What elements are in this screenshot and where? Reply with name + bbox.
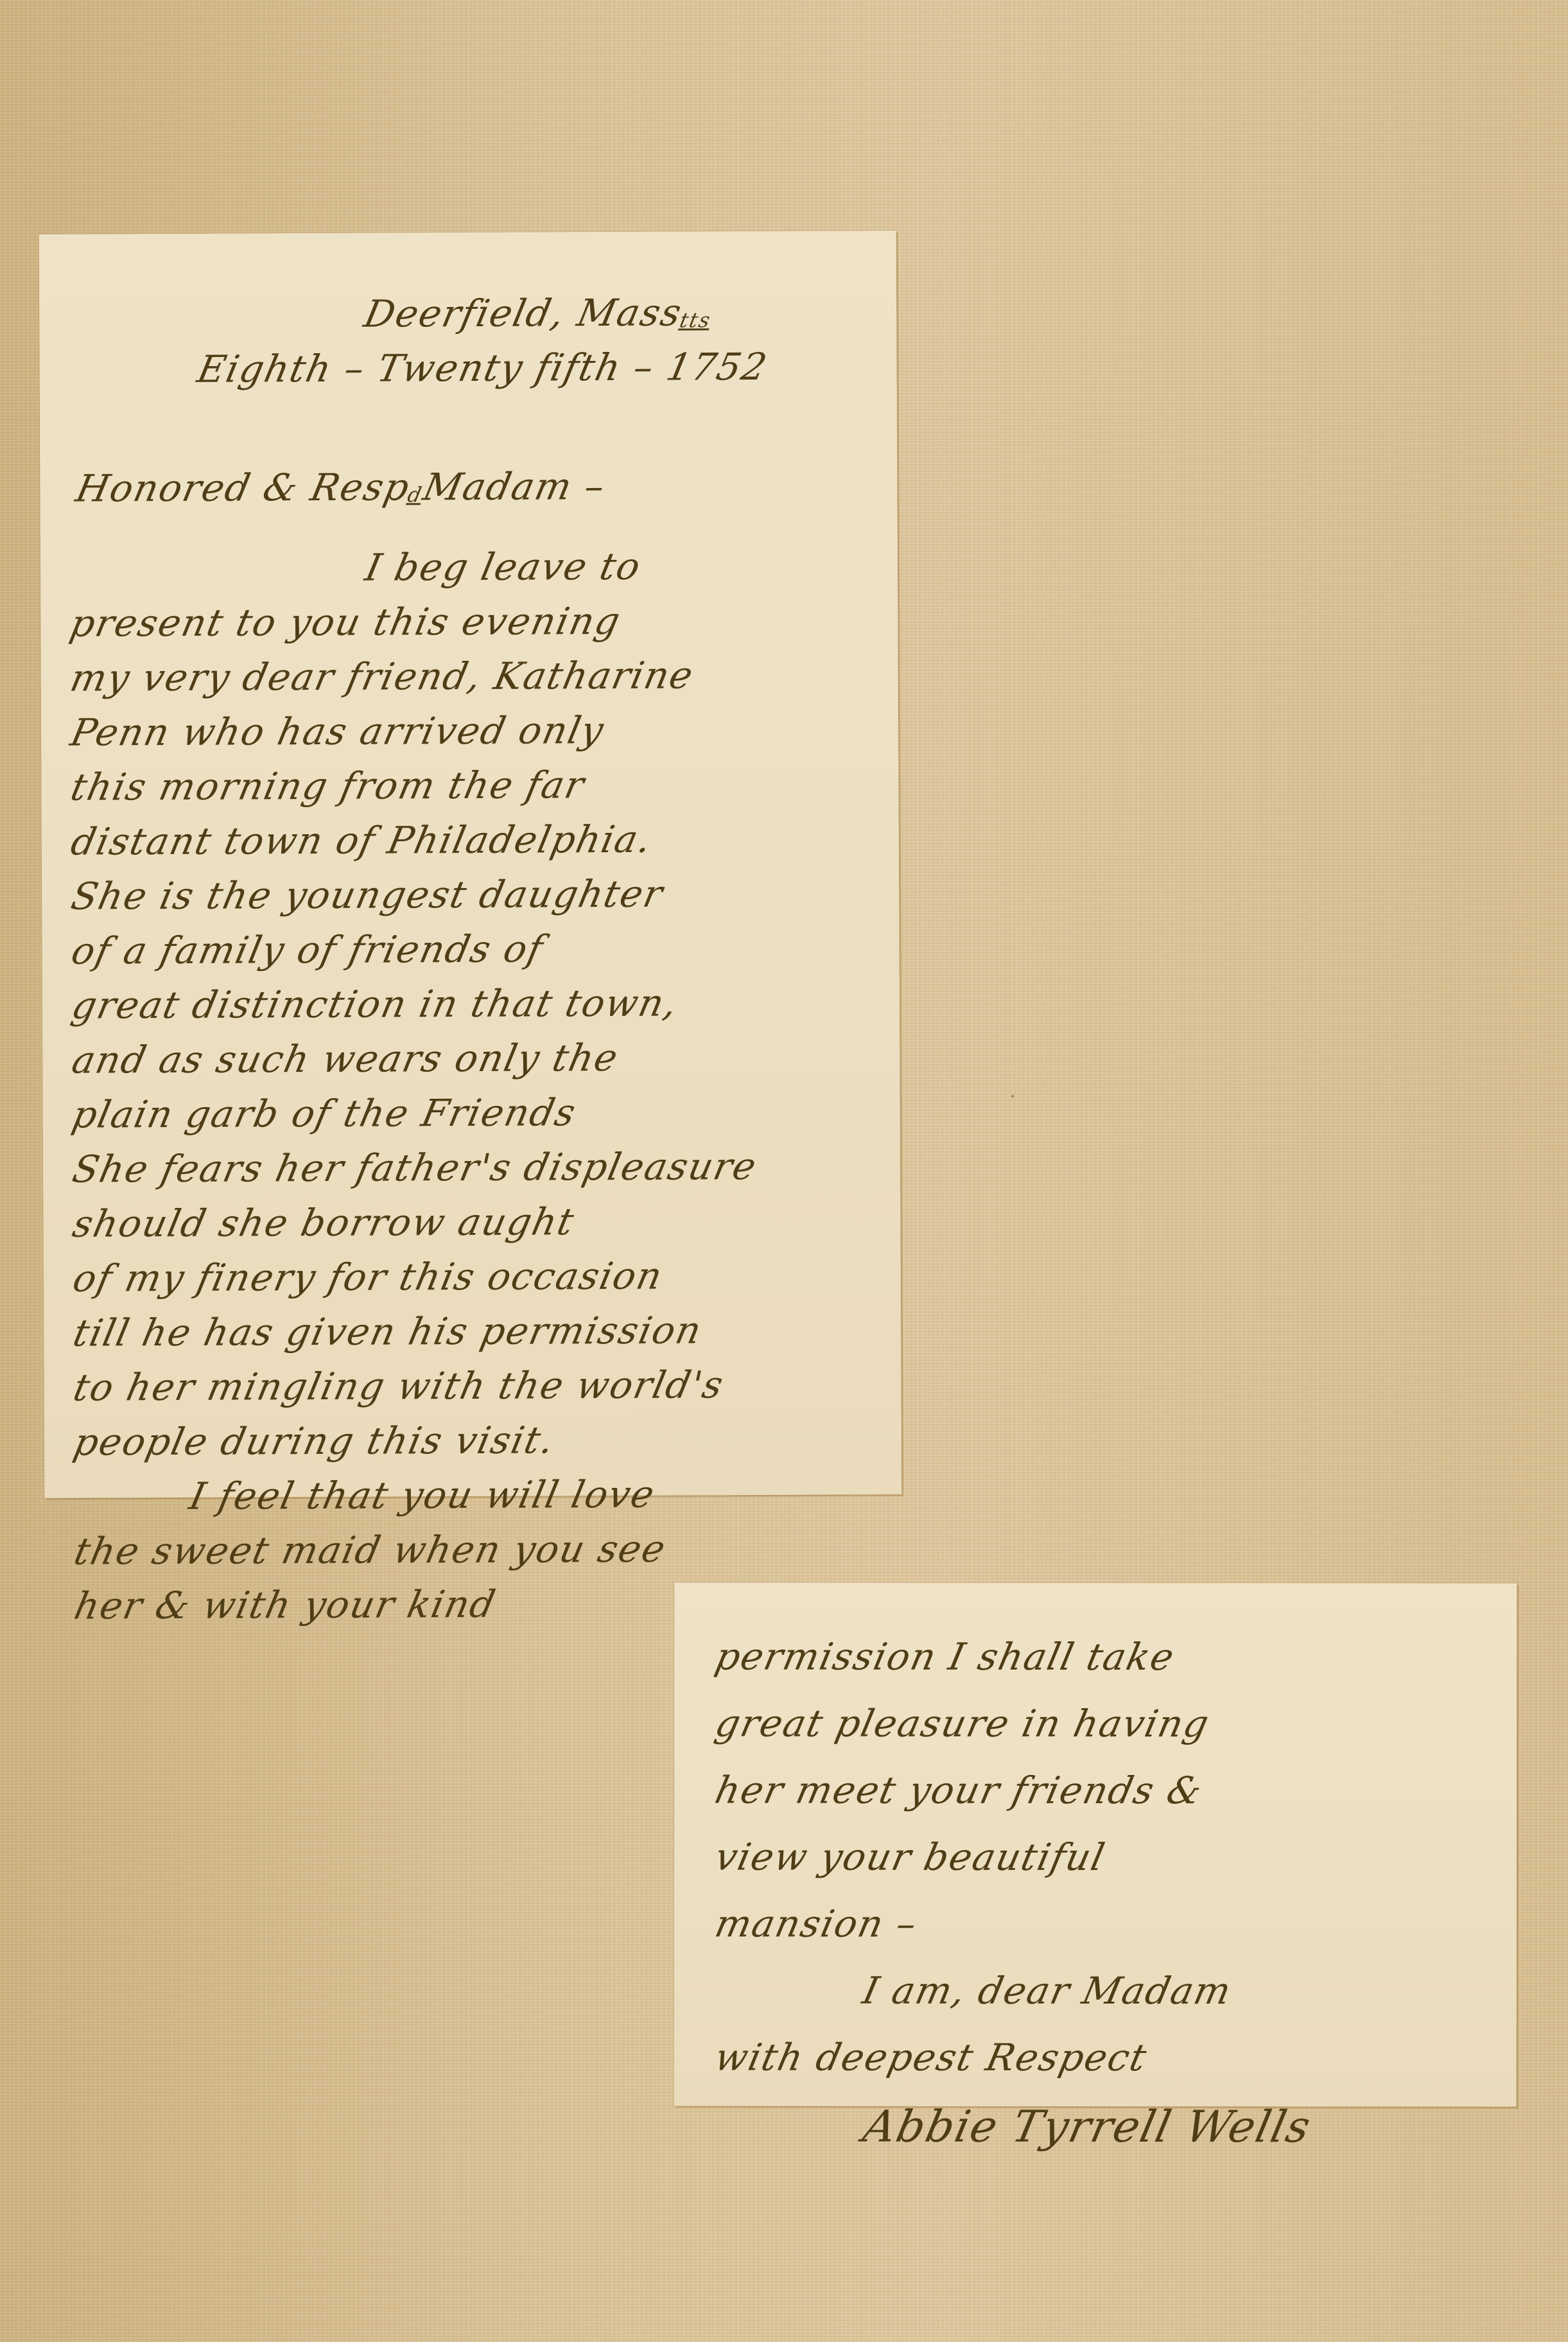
body-line: great pleasure in having	[712, 1675, 1485, 1742]
body-line: present to you this evening	[67, 584, 858, 642]
place-text: Deerfield, Mass	[361, 294, 685, 333]
body-line: permission I shall take	[712, 1608, 1485, 1675]
body-line: Penn who has arrived only	[67, 693, 859, 751]
body-line: this morning from the far	[68, 747, 860, 805]
salutation-suffix: Madam –	[420, 468, 609, 505]
letter-sheet-1: Deerfield, Masstts Eighth – Twenty fifth…	[39, 231, 902, 1498]
letter-date: Eighth – Twenty fifth – 1752	[66, 330, 858, 388]
letter-sheet-2: permission I shall take great pleasure i…	[674, 1582, 1517, 2106]
paper-fleck	[108, 1599, 110, 1602]
body-line: should she borrow aught	[70, 1184, 862, 1242]
body-line: to her mingling with the world's	[71, 1348, 862, 1406]
place-superscript: tts	[678, 310, 713, 331]
body-line: view your beautiful	[712, 1808, 1485, 1876]
salutation-prefix: Honored & Resp	[73, 468, 414, 507]
body-line: mansion –	[712, 1875, 1485, 1943]
letter-place: Deerfield, Masstts	[65, 275, 857, 333]
body-line: I beg leave to	[67, 529, 858, 587]
body-line: plain garb of the Friends	[69, 1075, 861, 1133]
body-line: the sweet maid when you see	[71, 1512, 863, 1569]
body-line: of a family of friends of	[69, 911, 860, 969]
album-page: Deerfield, Masstts Eighth – Twenty fifth…	[0, 0, 1568, 2342]
body-line: great distinction in that town,	[69, 966, 860, 1024]
body-line: She is the youngest daughter	[68, 857, 860, 914]
letter-signature: Abbie Tyrrell Wells	[712, 2082, 1485, 2149]
body-line: people during this visit.	[71, 1403, 862, 1460]
body-line: of my finery for this occasion	[70, 1239, 862, 1297]
body-line: and as such wears only the	[69, 1020, 860, 1078]
letter-closing-respect: with deepest Respect	[712, 2009, 1485, 2076]
body-line: distant town of Philadelphia.	[68, 802, 860, 860]
body-line: my very dear friend, Katharine	[67, 638, 859, 696]
body-line: till he has given his permission	[70, 1293, 862, 1351]
body-line: her meet your friends &	[712, 1742, 1485, 1809]
letter-salutation: Honored & Respd Madam –	[67, 449, 858, 507]
letter-closing: I am, dear Madam	[712, 1942, 1485, 2009]
body-line: She fears her father's displeasure	[69, 1130, 861, 1187]
body-line: I feel that you will love	[71, 1457, 862, 1515]
paper-fleck	[1011, 1095, 1014, 1097]
